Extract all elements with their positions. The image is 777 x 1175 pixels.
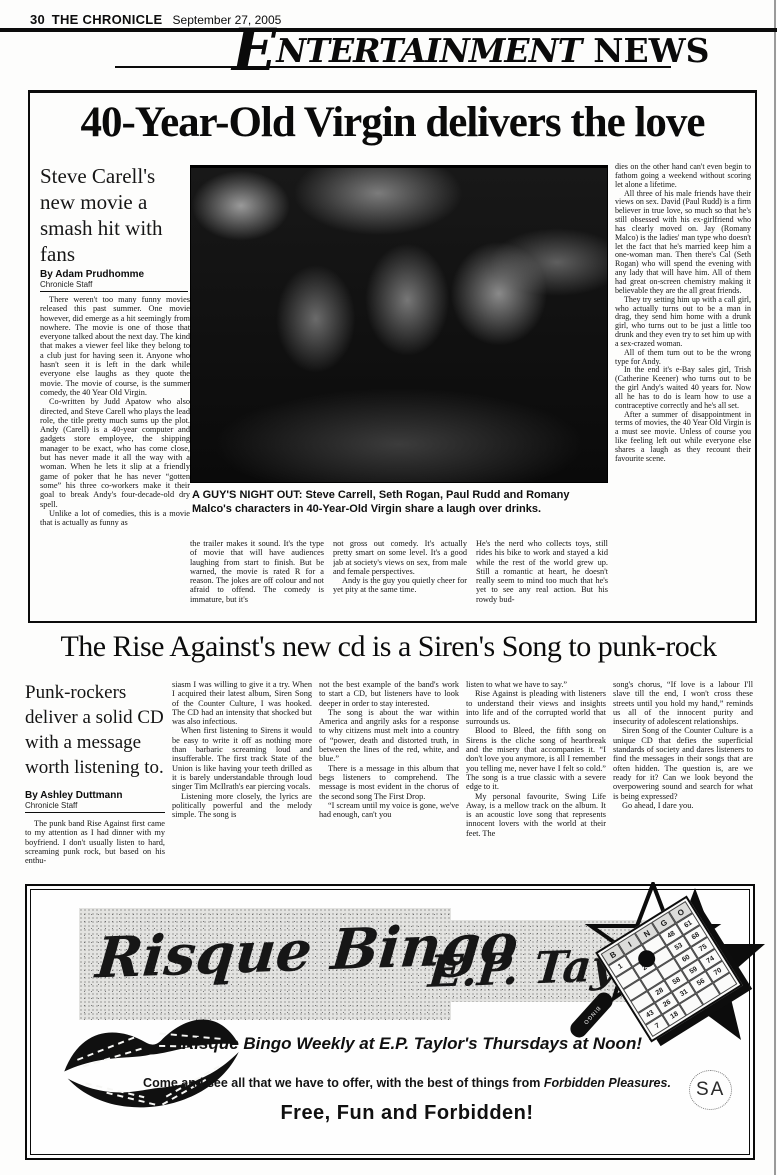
masthead-news: NEWS: [593, 31, 709, 70]
paragraph: In the end it's e-Bay sales girl, Trish …: [615, 366, 751, 410]
paragraph: When first listening to Sirens it would …: [172, 726, 312, 791]
article-2-headline: The Rise Against's new cd is a Siren's S…: [20, 630, 757, 664]
article-2-column-3: not the best example of the band's work …: [319, 680, 459, 878]
article-1-byline-block: By Adam Prudhomme Chronicle Staff: [40, 269, 188, 292]
paragraph: “I scream until my voice is gone, we've …: [319, 801, 459, 820]
article-1-right-column: dies on the other hand can't even begin …: [615, 163, 751, 619]
article-1-mid-column-3: He's the nerd who collects toys, still r…: [476, 539, 608, 621]
photo-caption: A GUY'S NIGHT OUT: Steve Carrell, Seth R…: [192, 489, 606, 516]
paragraph: Go ahead, I dare you.: [613, 801, 753, 810]
article-2-column-4: listen to what we have to say.”Rise Agai…: [466, 680, 606, 878]
paragraph: song's chorus, “If love is a labour I'll…: [613, 680, 753, 726]
article-2-column-1-text: The punk band Rise Against first came to…: [25, 819, 165, 865]
article-2-column-2: siasm I was willing to give it a try. Wh…: [172, 680, 312, 878]
article-1-headline: 40-Year-Old Virgin delivers the love: [30, 98, 755, 147]
paragraph: My personal favourite, Swing Life Away, …: [466, 792, 606, 838]
article-1-mid-column-1: the trailer makes it sound. It's the typ…: [190, 539, 324, 621]
article-2-byline-block: By Ashley Duttmann Chronicle Staff: [25, 790, 165, 813]
article-photo: [190, 165, 608, 483]
scan-edge: [774, 0, 776, 1175]
paragraph: There is a message in this album that be…: [319, 764, 459, 801]
paragraph: Andy is the guy you quietly cheer for ye…: [333, 576, 467, 595]
paragraph: There weren't too many funny movies rele…: [40, 295, 190, 397]
article-2-byline-org: Chronicle Staff: [25, 801, 165, 813]
article-2-column-1: Punk-rockers deliver a solid CD with a m…: [25, 680, 165, 878]
newspaper-page: 30 THE CHRONICLE September 27, 2005 ENTE…: [0, 0, 777, 1175]
ad-logo: SA: [689, 1070, 732, 1110]
ad-line-2-text: Come and see all that we have to offer, …: [143, 1076, 544, 1090]
paragraph: Siren Song of the Counter Culture is a u…: [613, 726, 753, 800]
paragraph: not the best example of the band's work …: [319, 680, 459, 708]
ad-box: Risque Bingo E.P. Taylors BINGO 14861253…: [25, 884, 755, 1160]
article-2: The Rise Against's new cd is a Siren's S…: [20, 630, 757, 878]
paragraph: All of them turn out to be the wrong typ…: [615, 349, 751, 367]
paragraph: They try setting him up with a call girl…: [615, 296, 751, 349]
publication-name: THE CHRONICLE: [52, 12, 163, 27]
photo-caption-label: A GUY'S NIGHT OUT:: [192, 489, 302, 501]
paragraph: The punk band Rise Against first came to…: [25, 819, 165, 865]
masthead-rest: NTERTAINMENT: [276, 31, 581, 70]
paragraph: dies on the other hand can't even begin …: [615, 163, 751, 190]
lips-kiss-icon: [46, 981, 260, 1157]
paragraph: siasm I was willing to give it a try. Wh…: [172, 680, 312, 726]
ad-line-3: Free, Fun and Forbidden!: [217, 1102, 597, 1125]
section-masthead: ENTERTAINMENTNEWS: [232, 30, 710, 70]
article-1-byline: By Adam Prudhomme: [40, 269, 188, 280]
article-1-subhead: Steve Carell's new movie a smash hit wit…: [40, 163, 192, 267]
paragraph: All three of his male friends have their…: [615, 190, 751, 296]
article-2-byline: By Ashley Duttmann: [25, 790, 165, 801]
paragraph: Rise Against is pleading with listeners …: [466, 689, 606, 726]
paragraph: He's the nerd who collects toys, still r…: [476, 539, 608, 604]
article-1-left-column: There weren't too many funny movies rele…: [40, 295, 190, 617]
paragraph: listen to what we have to say.”: [466, 680, 606, 689]
paragraph: After a summer of disappointment in term…: [615, 411, 751, 464]
page-number: 30: [30, 12, 45, 27]
paragraph: Listening more closely, the lyrics are p…: [172, 792, 312, 820]
paragraph: Co-written by Judd Apatow who also direc…: [40, 397, 190, 509]
paragraph: not gross out comedy. It's actually pret…: [333, 539, 467, 576]
ad-line-2: Come and see all that we have to offer, …: [127, 1076, 687, 1090]
paragraph: Unlike a lot of comedies, this is a movi…: [40, 509, 190, 528]
article-1-mid-column-2: not gross out comedy. It's actually pret…: [333, 539, 467, 621]
paragraph: Blood to Bleed, the fifth song on Sirens…: [466, 726, 606, 791]
paragraph: The song is about the war within America…: [319, 708, 459, 764]
article-2-column-5: song's chorus, “If love is a labour I'll…: [613, 680, 753, 878]
paragraph: the trailer makes it sound. It's the typ…: [190, 539, 324, 604]
article-1: 40-Year-Old Virgin delivers the love Ste…: [28, 90, 757, 623]
masthead-underline: [115, 66, 671, 68]
article-2-subhead: Punk-rockers deliver a solid CD with a m…: [25, 680, 165, 780]
article-1-byline-org: Chronicle Staff: [40, 280, 188, 292]
ad-line-1: Risque Bingo Weekly at E.P. Taylor's Thu…: [177, 1034, 647, 1054]
masthead-initial: E: [232, 16, 276, 84]
ad-line-2-emphasis: Forbidden Pleasures.: [544, 1076, 671, 1090]
